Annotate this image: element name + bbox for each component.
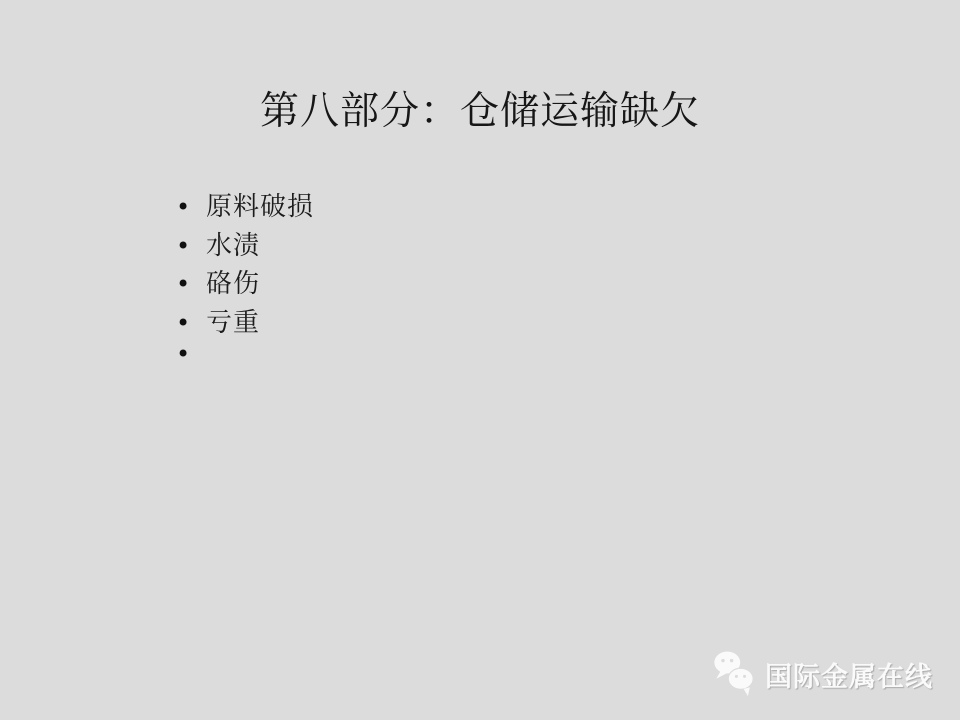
list-item: • 硌伤	[176, 263, 314, 302]
list-item: •	[176, 340, 314, 379]
bullet-text: 原料破损	[206, 186, 314, 223]
bullet-icon: •	[176, 309, 206, 337]
wechat-icon	[711, 648, 757, 700]
bullet-icon: •	[176, 270, 206, 298]
brand-name: 国际金属在线	[765, 655, 933, 694]
slide-title: 第八部分：仓储运输缺欠	[0, 89, 960, 135]
presentation-slide: 第八部分：仓储运输缺欠 • 原料破损 • 水渍 • 硌伤 • 亏重 •	[0, 0, 960, 720]
bullet-icon: •	[176, 340, 206, 368]
bullet-list: • 原料破损 • 水渍 • 硌伤 • 亏重 •	[176, 186, 314, 379]
list-item: • 亏重	[176, 302, 314, 341]
list-item: • 水渍	[176, 225, 314, 264]
bullet-icon: •	[176, 232, 206, 260]
bullet-text: 硌伤	[206, 263, 260, 300]
bullet-icon: •	[176, 193, 206, 221]
watermark-brand: 国际金属在线	[711, 648, 933, 700]
bullet-text: 亏重	[206, 302, 260, 339]
bullet-text: 水渍	[206, 225, 260, 262]
list-item: • 原料破损	[176, 186, 314, 225]
